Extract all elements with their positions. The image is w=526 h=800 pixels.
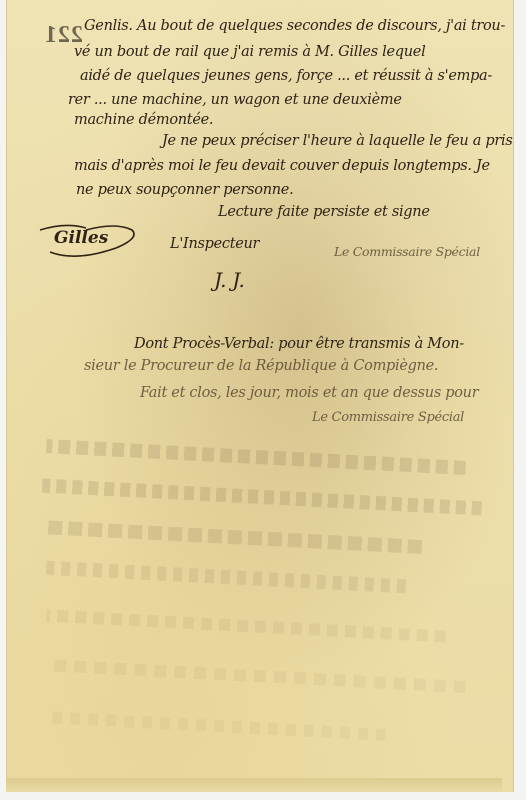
- inspector-label: L'Inspecteur: [170, 236, 259, 252]
- closing-signature-label: Le Commissaire Spécial: [312, 410, 464, 425]
- bleed-through-texture: [42, 478, 482, 515]
- text-line: Je ne peux préciser l'heure à laquelle l…: [162, 133, 513, 149]
- document-page: 221 Genlis. Au bout de quelques secondes…: [6, 0, 514, 792]
- bleed-through-texture: [46, 711, 386, 741]
- text-line: rer ... une machine, un wagon et une deu…: [68, 92, 402, 108]
- paper-fold: [6, 778, 502, 792]
- text-line: Fait et clos, les jour, mois et an que d…: [140, 385, 478, 401]
- text-line: Dont Procès-Verbal: pour être transmis à…: [134, 336, 464, 352]
- text-line: Genlis. Au bout de quelques secondes de …: [84, 18, 505, 34]
- text-line: vé un bout de rail que j'ai remis à M. G…: [74, 44, 425, 60]
- text-line: sieur le Procureur de la République à Co…: [84, 358, 438, 374]
- text-line: ne peux soupçonner personne.: [76, 182, 293, 198]
- witness-signature-name: Gilles: [54, 228, 108, 248]
- commissaire-label: Le Commissaire Spécial: [334, 244, 480, 259]
- bleed-through-texture: [42, 520, 422, 554]
- text-line: aidé de quelques jeunes gens, forçe ... …: [80, 68, 492, 84]
- bleed-through-texture: [46, 659, 466, 693]
- text-line: mais d'après moi le feu devait couver de…: [74, 158, 490, 174]
- witness-signature: Gilles: [36, 218, 146, 260]
- bleed-through-texture: [46, 439, 466, 475]
- bleed-through-texture: [46, 561, 406, 594]
- bleed-through-texture: [46, 610, 446, 643]
- inspector-initials: J. J.: [214, 268, 245, 292]
- text-line: machine démontée.: [74, 112, 213, 128]
- text-line: Lecture faite persiste et signe: [218, 204, 430, 220]
